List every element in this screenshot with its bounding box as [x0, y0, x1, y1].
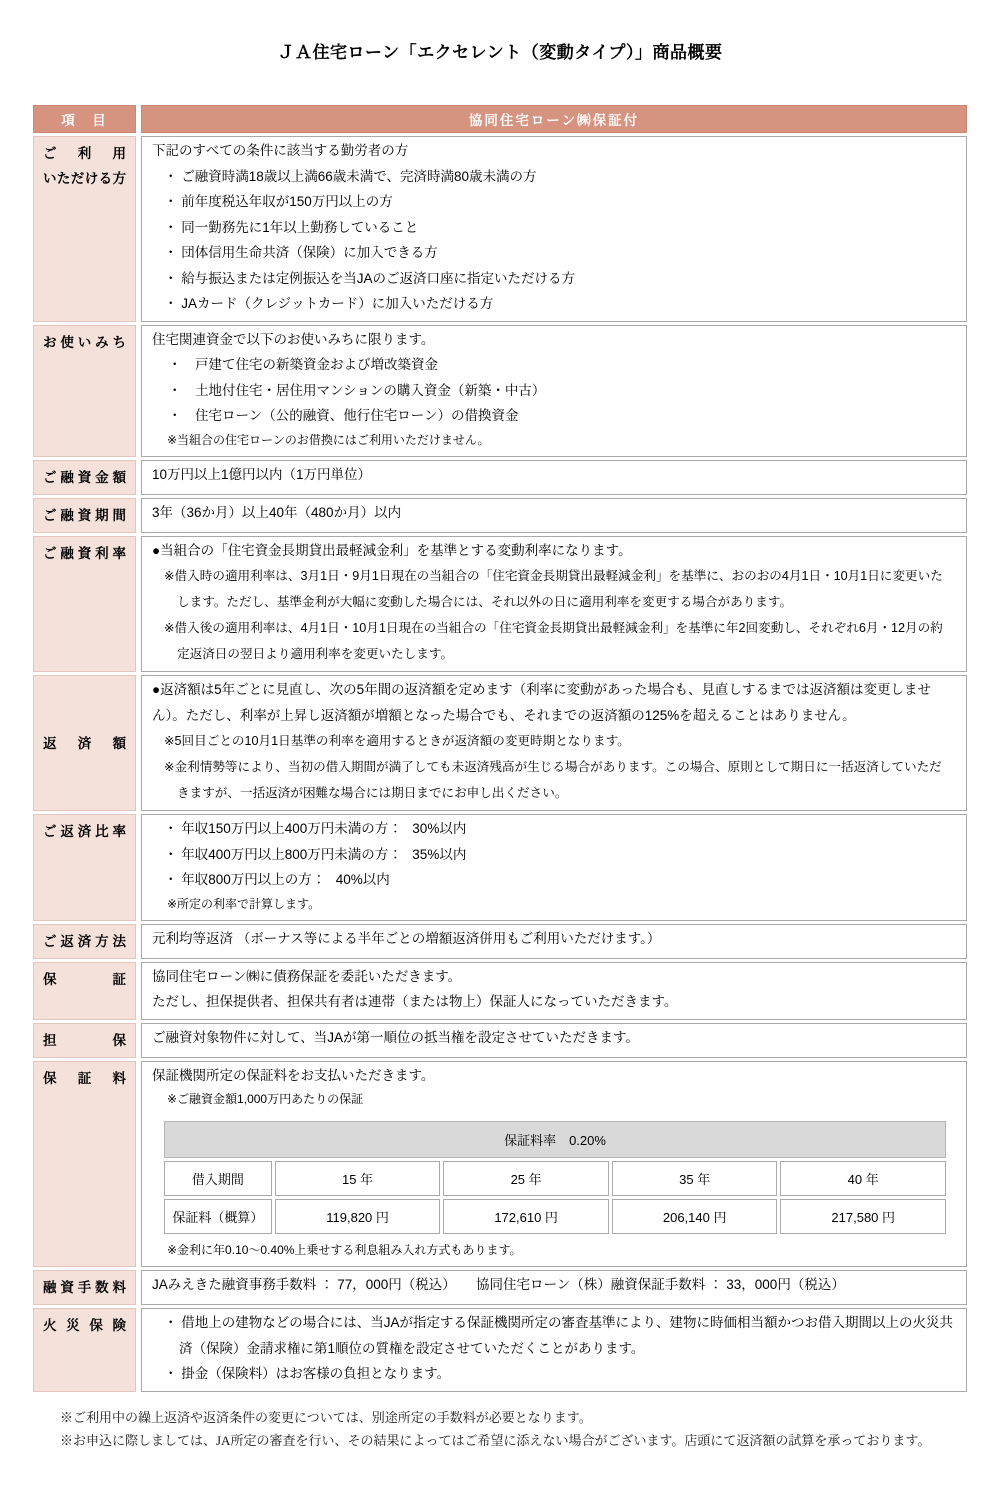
label-text: お使いみち [43, 330, 126, 355]
row-label-collateral: 担保 [33, 1023, 136, 1058]
row-label-loan-fee: 融資手数料 [33, 1270, 136, 1305]
guarantee-col-years: 40 年 [780, 1161, 946, 1196]
text-line: ※ご融資金額1,000万円あたりの保証 [152, 1088, 954, 1111]
text-line: ただし、担保提供者、担保共有者は連帯（または物上）保証人になっていただきます。 [152, 989, 954, 1015]
text-line: ※借入時の適用利率は、3月1日・9月1日現在の当組合の「住宅資金長期貸出最軽減金… [152, 563, 954, 615]
table-header-value-column: 協同住宅ローン㈱保証付 [141, 105, 967, 133]
text-line: ・ 掛金（保険料）はお客様の負担となります。 [152, 1361, 954, 1387]
guarantee-col-years: 25 年 [443, 1161, 609, 1196]
row-content-period: 3年（36か月）以上40年（480か月）以内 [141, 498, 967, 533]
row-content-amount: 10万円以上1億円以内（1万円単位） [141, 460, 967, 495]
guarantee-fee-table: 保証料率 0.20%借入期間15 年25 年35 年40 年保証料（概算）119… [161, 1118, 949, 1237]
text-line: ・ 年収800万円以上の方 ： 40%以内 [152, 867, 954, 893]
label-text: ご返済方法 [43, 929, 126, 954]
document-page: ＪＡ住宅ローン「エクセレント（変動タイプ）」商品概要 項 目 協同住宅ローン㈱保… [0, 0, 1000, 1492]
label-text: ご利用 [43, 141, 126, 166]
text-line: ・ 団体信用生命共済（保険）に加入できる方 [152, 240, 954, 266]
row-content-guarantee-fee: 保証機関所定の保証料をお支払いただきます。※ご融資金額1,000万円あたりの保証… [141, 1061, 967, 1268]
row-content-repayment-amount: ●返済額は5年ごとに見直し、次の5年間の返済額を定めます（利率に変動があった場合… [141, 675, 967, 811]
row-content-guarantee: 協同住宅ローン㈱に債務保証を委託いただきます。ただし、担保提供者、担保共有者は連… [141, 962, 967, 1020]
label-text: ご返済比率 [43, 819, 126, 844]
row-label-period: ご融資期間 [33, 498, 136, 533]
text-line: ご融資対象物件に対して、当JAが第一順位の抵当権を設定させていただきます。 [152, 1025, 954, 1051]
guarantee-col-years: 15 年 [275, 1161, 441, 1196]
guarantee-fee-value: 172,610 円 [443, 1199, 609, 1234]
row-content-repayment-ratio: ・ 年収150万円以上400万円未満の方 ： 30%以内・ 年収400万円以上8… [141, 814, 967, 921]
row-content-fire-insurance: ・ 借地上の建物などの場合には、当JAが指定する保証機関所定の審査基準により、建… [141, 1308, 967, 1392]
label-text: 担保 [43, 1028, 126, 1053]
text-line: ・ 借地上の建物などの場合には、当JAが指定する保証機関所定の審査基準により、建… [152, 1310, 954, 1361]
text-line: 住宅関連資金で以下のお使いみちに限ります。 [152, 327, 954, 353]
text-line: 協同住宅ローン㈱に債務保証を委託いただきます。 [152, 964, 954, 990]
text-line: ・ JAカード（クレジットカード）に加入いただける方 [152, 291, 954, 317]
row-label-guarantee-fee: 保証料 [33, 1061, 136, 1268]
row-label-repayment-amount: 返済額 [33, 675, 136, 811]
row-label-usage: お使いみち [33, 325, 136, 457]
text-line: ※金利に年0.10～0.40%上乗せする利息組み入れ方式もあります。 [152, 1239, 954, 1262]
label-text: 返済額 [43, 731, 126, 756]
label-text: ご融資金額 [43, 465, 126, 490]
guarantee-rate-caption: 保証料率 0.20% [164, 1121, 946, 1158]
text-line: 下記のすべての条件に該当する勤労者の方 [152, 138, 954, 164]
page-title: ＪＡ住宅ローン「エクセレント（変動タイプ）」商品概要 [33, 38, 967, 63]
row-label-guarantee: 保証 [33, 962, 136, 1020]
footer-note: ※お申込に際しましては、JA所定の審査を行い、その結果によってはご希望に添えない… [60, 1429, 967, 1452]
row-label-repayment-ratio: ご返済比率 [33, 814, 136, 921]
table-header-item-column: 項 目 [33, 105, 136, 133]
product-summary-table: 項 目 協同住宅ローン㈱保証付 ご利用いただける方下記のすべての条件に該当する勤… [33, 105, 967, 1392]
text-line: ・ 戸建て住宅の新築資金および増改築資金 [152, 352, 954, 378]
label-text: 火災保険 [43, 1313, 126, 1338]
text-line: ・ 年収400万円以上800万円未満の方 ： 35%以内 [152, 842, 954, 868]
label-text: 融資手数料 [43, 1275, 126, 1300]
guarantee-col-borrow-period: 借入期間 [164, 1161, 272, 1196]
guarantee-row-label: 保証料（概算） [164, 1199, 272, 1234]
guarantee-col-years: 35 年 [612, 1161, 778, 1196]
label-text: ご融資期間 [43, 503, 126, 528]
text-line: ※5回目ごとの10月1日基準の利率を適用するときが返済額の変更時期となります。 [152, 728, 954, 754]
text-line: ●返済額は5年ごとに見直し、次の5年間の返済額を定めます（利率に変動があった場合… [152, 677, 954, 728]
text-line: 10万円以上1億円以内（1万円単位） [152, 462, 954, 488]
label-text: いただける方 [43, 166, 126, 191]
text-line: 保証機関所定の保証料をお支払いただきます。 [152, 1063, 954, 1089]
text-line: ●当組合の「住宅資金長期貸出最軽減金利」を基準とする変動利率になります。 [152, 538, 954, 564]
text-line: ※所定の利率で計算します。 [152, 893, 954, 916]
row-label-rate: ご融資利率 [33, 536, 136, 673]
row-content-repayment-method: 元利均等返済 （ボーナス等による半年ごとの増額返済併用もご利用いただけます。） [141, 924, 967, 959]
label-text: ご融資利率 [43, 541, 126, 566]
guarantee-fee-value: 217,580 円 [780, 1199, 946, 1234]
label-text: 保証料 [43, 1066, 126, 1091]
text-line: ・ 前年度税込年収が150万円以上の方 [152, 189, 954, 215]
text-line: JAみえきた融資事務手数料 ： 77，000円（税込） 協同住宅ローン（株）融資… [152, 1272, 954, 1298]
guarantee-fee-value: 206,140 円 [612, 1199, 778, 1234]
row-content-loan-fee: JAみえきた融資事務手数料 ： 77，000円（税込） 協同住宅ローン（株）融資… [141, 1270, 967, 1305]
row-label-amount: ご融資金額 [33, 460, 136, 495]
row-content-usage: 住宅関連資金で以下のお使いみちに限ります。・ 戸建て住宅の新築資金および増改築資… [141, 325, 967, 457]
row-label-fire-insurance: 火災保険 [33, 1308, 136, 1392]
text-line: 3年（36か月）以上40年（480か月）以内 [152, 500, 954, 526]
row-content-collateral: ご融資対象物件に対して、当JAが第一順位の抵当権を設定させていただきます。 [141, 1023, 967, 1058]
text-line: ・ 給与振込または定例振込を当JAのご返済口座に指定いただける方 [152, 266, 954, 292]
row-label-repayment-method: ご返済方法 [33, 924, 136, 959]
text-line: ・ ご融資時満18歳以上満66歳未満で、完済時満80歳未満の方 [152, 164, 954, 190]
row-content-rate: ●当組合の「住宅資金長期貸出最軽減金利」を基準とする変動利率になります。※借入時… [141, 536, 967, 673]
row-content-eligible: 下記のすべての条件に該当する勤労者の方・ ご融資時満18歳以上満66歳未満で、完… [141, 136, 967, 322]
text-line: ・ 土地付住宅・居住用マンションの購入資金（新築・中古） [152, 378, 954, 404]
footer-notes: ※ご利用中の繰上返済や返済条件の変更については、別途所定の手数料が必要となります… [60, 1406, 967, 1452]
text-line: 元利均等返済 （ボーナス等による半年ごとの増額返済併用もご利用いただけます。） [152, 926, 954, 952]
text-line: ・ 同一勤務先に1年以上勤務していること [152, 215, 954, 241]
text-line: ・ 年収150万円以上400万円未満の方 ： 30%以内 [152, 816, 954, 842]
label-text: 保証 [43, 967, 126, 992]
footer-note: ※ご利用中の繰上返済や返済条件の変更については、別途所定の手数料が必要となります… [60, 1406, 967, 1429]
text-line: ※金利情勢等により、当初の借入期間が満了しても未返済残高が生じる場合があります。… [152, 754, 954, 806]
guarantee-fee-value: 119,820 円 [275, 1199, 441, 1234]
row-label-eligible: ご利用いただける方 [33, 136, 136, 322]
text-line: ・ 住宅ローン（公的融資、他行住宅ローン）の借換資金 [152, 403, 954, 429]
text-line: ※当組合の住宅ローンのお借換にはご利用いただけません。 [152, 429, 954, 452]
text-line: ※借入後の適用利率は、4月1日・10月1日現在の当組合の「住宅資金長期貸出最軽減… [152, 615, 954, 667]
